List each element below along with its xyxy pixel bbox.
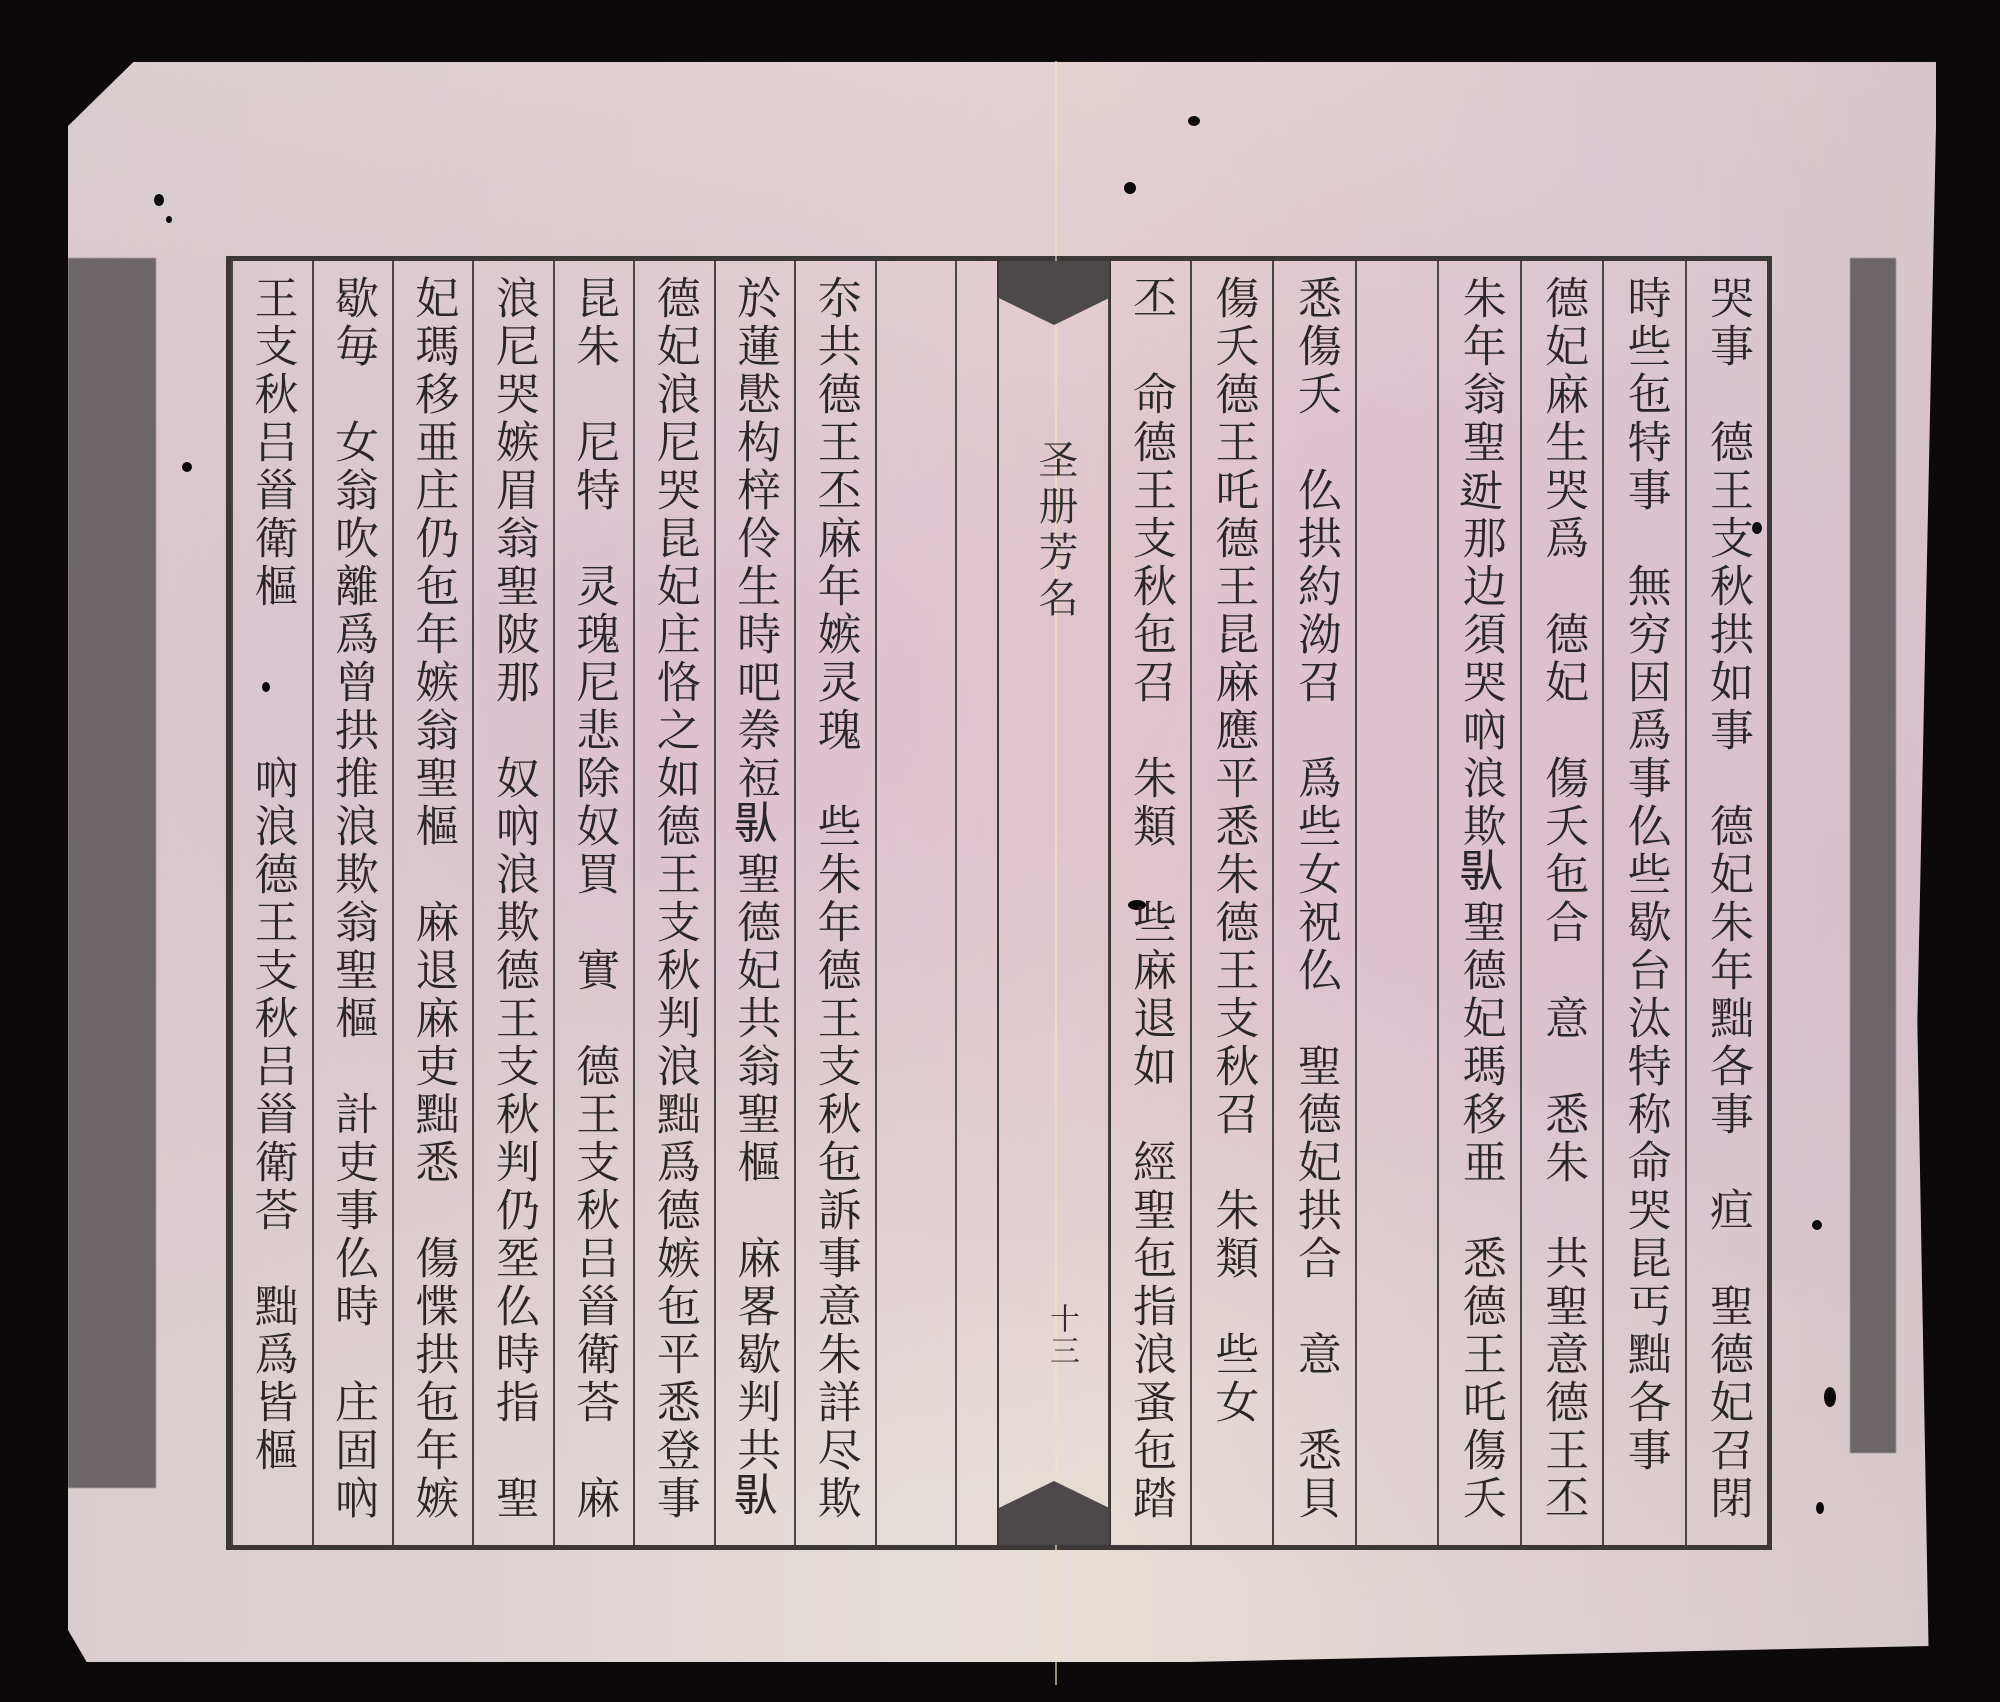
wormhole — [182, 462, 192, 472]
text-column: 王支秋吕𩠐衛樞𨂲𢧚𣴓吶浪德王支秋吕𩠐衛荅𠀧黜爲皆樞𨂲哭 — [231, 261, 311, 1545]
wormhole — [166, 216, 172, 223]
wormhole — [1188, 116, 1200, 126]
text-column: 哭事𧵑德王支秋拱如事𧵑德妃朱年黜各事𠫾疸𠊛聖德妃召閉除 — [1685, 261, 1767, 1545]
text-column: 𢺺台位毎𢧚乡丕時德王支秋𢹣達毎事底朱𠊛聖德妃特扰天下乡 — [875, 261, 957, 1545]
text-column: 朱年翁聖𨒒那边須哭吶浪欺𠊛聖德妃瑪移亜𧷸悉德王吒傷夭類 — [1437, 261, 1519, 1545]
right-edge-ink-band — [1850, 258, 1896, 1453]
text-column: 德妃麻生哭爲𤈜德妃𠊛傷夭㐌合𢖵意𢖵悉朱𩂁共聖意德王丕連 — [1520, 261, 1602, 1545]
printed-frame: 哭事𧵑德王支秋拱如事𧵑德妃朱年黜各事𠫾疸𠊛聖德妃召閉除 時些㐌特事𧵑無穷因爲事仫… — [226, 256, 1772, 1550]
center-margin: 圣册芳名 十三 — [997, 261, 1111, 1545]
wormhole — [154, 194, 164, 206]
fishtail-top-mark — [999, 261, 1109, 325]
text-column: 傷夭德王吒德王昆麻應平悉朱德王支秋召𢺺朱類𢧚些女 — [1190, 261, 1272, 1545]
wormhole — [1124, 182, 1136, 194]
wormhole — [1816, 1502, 1824, 1514]
book-title: 圣册芳名 — [1024, 439, 1084, 623]
text-column: 丕𢖵命德王支秋㐌召𢺺朱類𢧚些麻退如𠹚經聖㐌指浪蚤㐌踏丐 — [1108, 261, 1190, 1545]
text-column: 德妃浪尼哭昆妃庄恪之如德王支秋判浪黜爲德嫉㐌平悉登事𧵑 — [633, 261, 713, 1545]
text-column: 妃瑪移亜庄仍㐌年嫉翁聖樞𨂲麻退麻吏黜悉𠊛傷惵拱㐌年嫉 — [392, 261, 472, 1545]
text-column: 時些㐌特事𧵑無穷因爲事仫些歇台汰特称命哭昆丐黜各事𠫾疸 — [1602, 261, 1684, 1545]
text-column: 於蓮㦔构梓伶生時吧䄅䄈𠊛聖德妃共翁聖樞𨂲麻畧歇判共𠊛聖 — [714, 261, 794, 1545]
text-column: 昆朱𢧚尼特𡢻灵瑰尼悲除奴買𧵑實𠫾德王支秋吕𩠐衛荅𠀧麻判 — [553, 261, 633, 1545]
text-column: 夵共德王丕麻年嫉灵瑰𢧚些朱年德王支秋㐌訴事意朱詳尽欺 — [794, 261, 874, 1545]
text-column: 悉傷夭𧰱仫拱約泑召𢺺爲些女祝仫𠊛聖德妃拱合𢖵意𢖵悉貝悉 — [1272, 261, 1354, 1545]
page-number: 十三 — [1039, 1303, 1083, 1367]
left-half-text: 𢺺台位毎𢧚乡丕時德王支秋𢹣達毎事底朱𠊛聖德妃特扰天下乡 夵共德王丕麻年嫉灵瑰𢧚些… — [231, 261, 957, 1545]
wormhole — [1812, 1220, 1822, 1230]
text-column: 𢧚些朱旦𩟡閟朱昆𠊛夭哂𢧚召𢺺朱𢧚些特𡢻灵瑰吧德王昆爲𢖵 — [1355, 261, 1437, 1545]
wormhole — [1824, 1387, 1836, 1407]
right-half-text: 哭事𧵑德王支秋拱如事𧵑德妃朱年黜各事𠫾疸𠊛聖德妃召閉除 時些㐌特事𧵑無穷因爲事仫… — [1027, 261, 1767, 1545]
left-edge-ink-band — [68, 258, 156, 1488]
text-column: 浪尼哭嫉眉翁聖陂那𢬣奴吶浪欺德王支秋判仍㘸仫時指𠊛聖德 — [472, 261, 552, 1545]
fishtail-bottom-mark — [999, 1481, 1109, 1545]
text-column: 歇毎𢧚女翁吹離爲曾拱推浪欺翁聖樞𨂲計吏事仫時𢧚庄固吶浪德 — [312, 261, 392, 1545]
